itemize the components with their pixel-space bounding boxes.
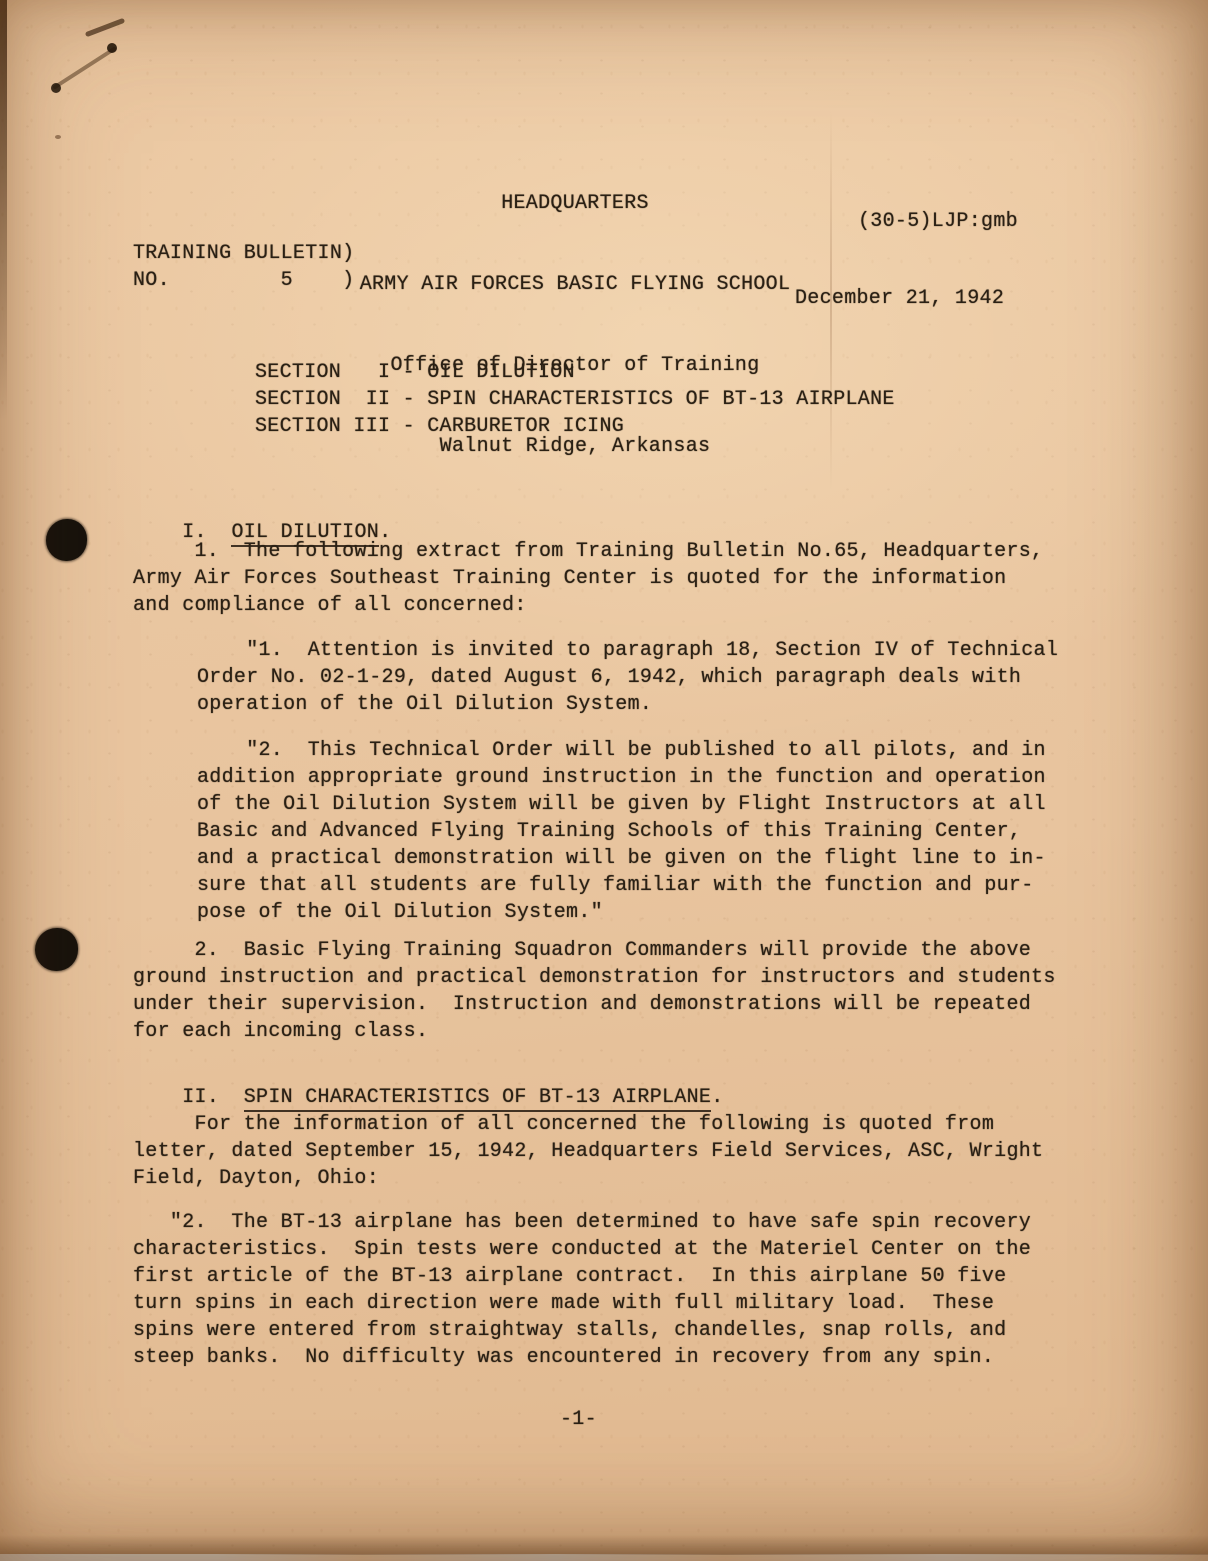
document-date: December 21, 1942 xyxy=(795,285,1004,312)
section-2-number: II. xyxy=(182,1086,219,1109)
pencil-mark xyxy=(30,8,140,103)
section-2-title: SPIN CHARACTERISTICS OF BT-13 AIRPLANE xyxy=(244,1086,711,1112)
scanner-background-strip xyxy=(0,1554,1208,1561)
section-2-paragraph-1: For the information of all concerned the… xyxy=(133,1111,1043,1192)
scan-edge-shadow-left xyxy=(0,0,7,420)
section-1-paragraph-2: 2. Basic Flying Training Squadron Comman… xyxy=(133,937,1056,1045)
section-1-paragraph-1: 1. The following extract from Training B… xyxy=(133,538,1043,619)
section-index: SECTION I - OIL DILUTION SECTION II - SP… xyxy=(255,359,895,440)
section-2-paragraph-2: "2. The BT-13 airplane has been determin… xyxy=(133,1209,1031,1371)
section-1-quote-2: "2. This Technical Order will be publish… xyxy=(197,737,1046,926)
reference-code: (30-5)LJP:gmb xyxy=(858,208,1018,235)
bulletin-number-block: TRAINING BULLETIN) NO. 5 ) xyxy=(133,240,354,294)
page-number: -1- xyxy=(560,1406,597,1433)
section-1-quote-1: "1. Attention is invited to paragraph 18… xyxy=(197,637,1058,718)
section-2-period: . xyxy=(711,1086,723,1109)
hole-punch-mark-bottom xyxy=(35,928,78,971)
paper-speck xyxy=(55,135,61,139)
letterhead: HEADQUARTERS ARMY AIR FORCES BASIC FLYIN… xyxy=(133,136,1017,514)
hole-punch-mark-top xyxy=(46,519,87,561)
heading-gap xyxy=(219,1086,244,1109)
scan-edge-shadow-bottom xyxy=(0,1535,1208,1555)
document-page: HEADQUARTERS ARMY AIR FORCES BASIC FLYIN… xyxy=(0,0,1208,1561)
